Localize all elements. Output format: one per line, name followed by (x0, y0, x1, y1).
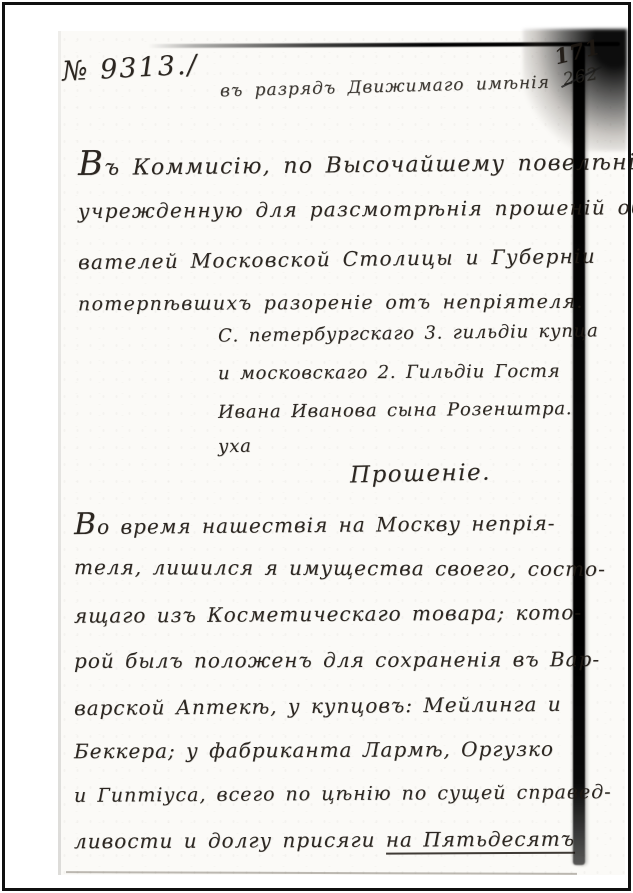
sender-line: Ивана Иванова сына Розенштра. (218, 398, 573, 423)
body-line: варской Аптекѣ, у купцовъ: Мейлинга и (74, 692, 562, 720)
address-line: Въ Коммисію, по Высочайшему повелѣнію (78, 138, 633, 184)
body-line: ливости и долгу присяги на Пятьдесятъ (74, 827, 575, 854)
petition-heading: Прошеніе. (350, 460, 491, 489)
scan-left-edge-artifact (58, 31, 61, 875)
address-line: учрежденную для разсмотрѣнія прошеній об… (78, 195, 633, 223)
body-line: ящаго изъ Косметическаго товара; кото- (74, 600, 582, 628)
sender-line: уха (218, 436, 252, 458)
body-line: теля, лишился я имущества своего, состо- (74, 555, 606, 581)
body-line: Беккера; у фабриканта Лармѣ, Оргузко (74, 737, 554, 764)
sender-line: и московскаго 2. Гильдіи Гостя (218, 361, 561, 384)
scan-bottom-edge-artifact (66, 871, 577, 875)
archive-number: № 9313./ (61, 49, 199, 87)
underlined-sum: на Пятьдесятъ (386, 827, 575, 855)
figure-frame: № 9313./ въ разрядъ Движимаго имѣнія 171… (2, 2, 631, 891)
document-scan: № 9313./ въ разрядъ Движимаго имѣнія 171… (58, 31, 625, 875)
body-line: и Гиптіуса, всего по цѣнію по сущей спра… (74, 781, 612, 807)
body-line-prefix: ливости и долгу присяги (74, 828, 386, 854)
body-line: рой былъ положенъ для сохраненія въ Вар- (74, 647, 600, 673)
address-line: вателей Московской Столицы и Губерніи (78, 244, 596, 274)
address-line: потерпѣвшихъ разореніе отъ непріятеля. (78, 291, 584, 316)
body-line: Во время нашествія на Москву непрія- (74, 503, 556, 542)
registry-annotation: въ разрядъ Движимаго имѣнія (220, 73, 550, 102)
sender-line: С. петербургскаго 3. гильдіи купца (218, 320, 599, 346)
